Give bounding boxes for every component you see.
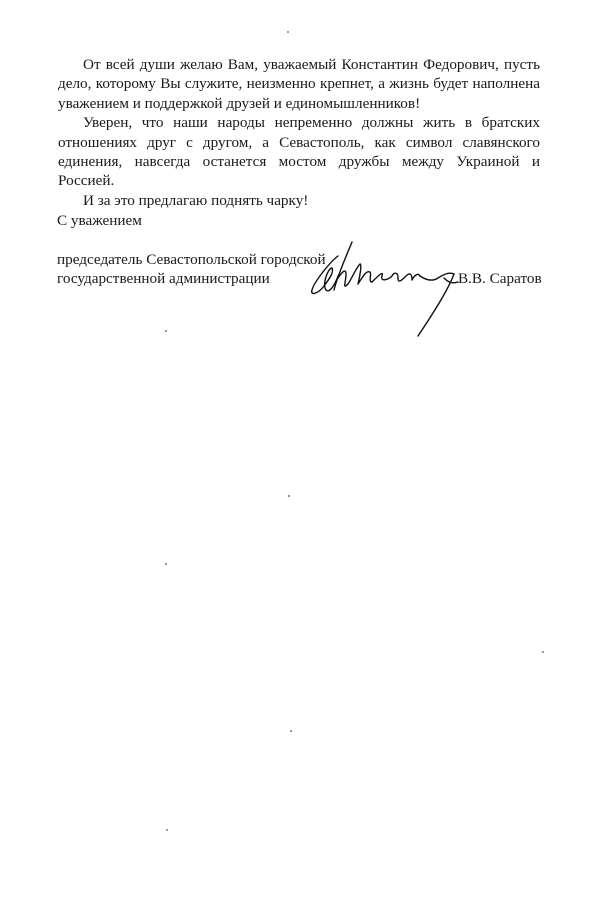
scan-speck [287, 31, 289, 33]
paragraph-friendship: Уверен, что наши народы непременно должн… [58, 113, 540, 191]
closing-salutation: С уважением [57, 211, 142, 230]
scan-speck [290, 730, 292, 732]
signatory-title-line-1: председатель Севастопольской городской [57, 250, 326, 269]
scan-speck [165, 563, 167, 565]
scan-speck [542, 651, 544, 653]
handwritten-signature-icon [308, 238, 478, 338]
scan-speck [166, 829, 168, 831]
paragraph-wishes: От всей души желаю Вам, уважаемый Конста… [58, 55, 540, 113]
letter-body: От всей души желаю Вам, уважаемый Конста… [58, 55, 540, 210]
letter-page: От всей души желаю Вам, уважаемый Конста… [0, 0, 600, 902]
signatory-title-line-2: государственной администрации [57, 269, 326, 288]
scan-speck [165, 330, 167, 332]
signatory-title: председатель Севастопольской городской г… [57, 250, 326, 289]
scan-speck [288, 495, 290, 497]
signatory-name: В.В. Саратов [458, 269, 542, 288]
paragraph-toast: И за это предлагаю поднять чарку! [58, 191, 540, 210]
